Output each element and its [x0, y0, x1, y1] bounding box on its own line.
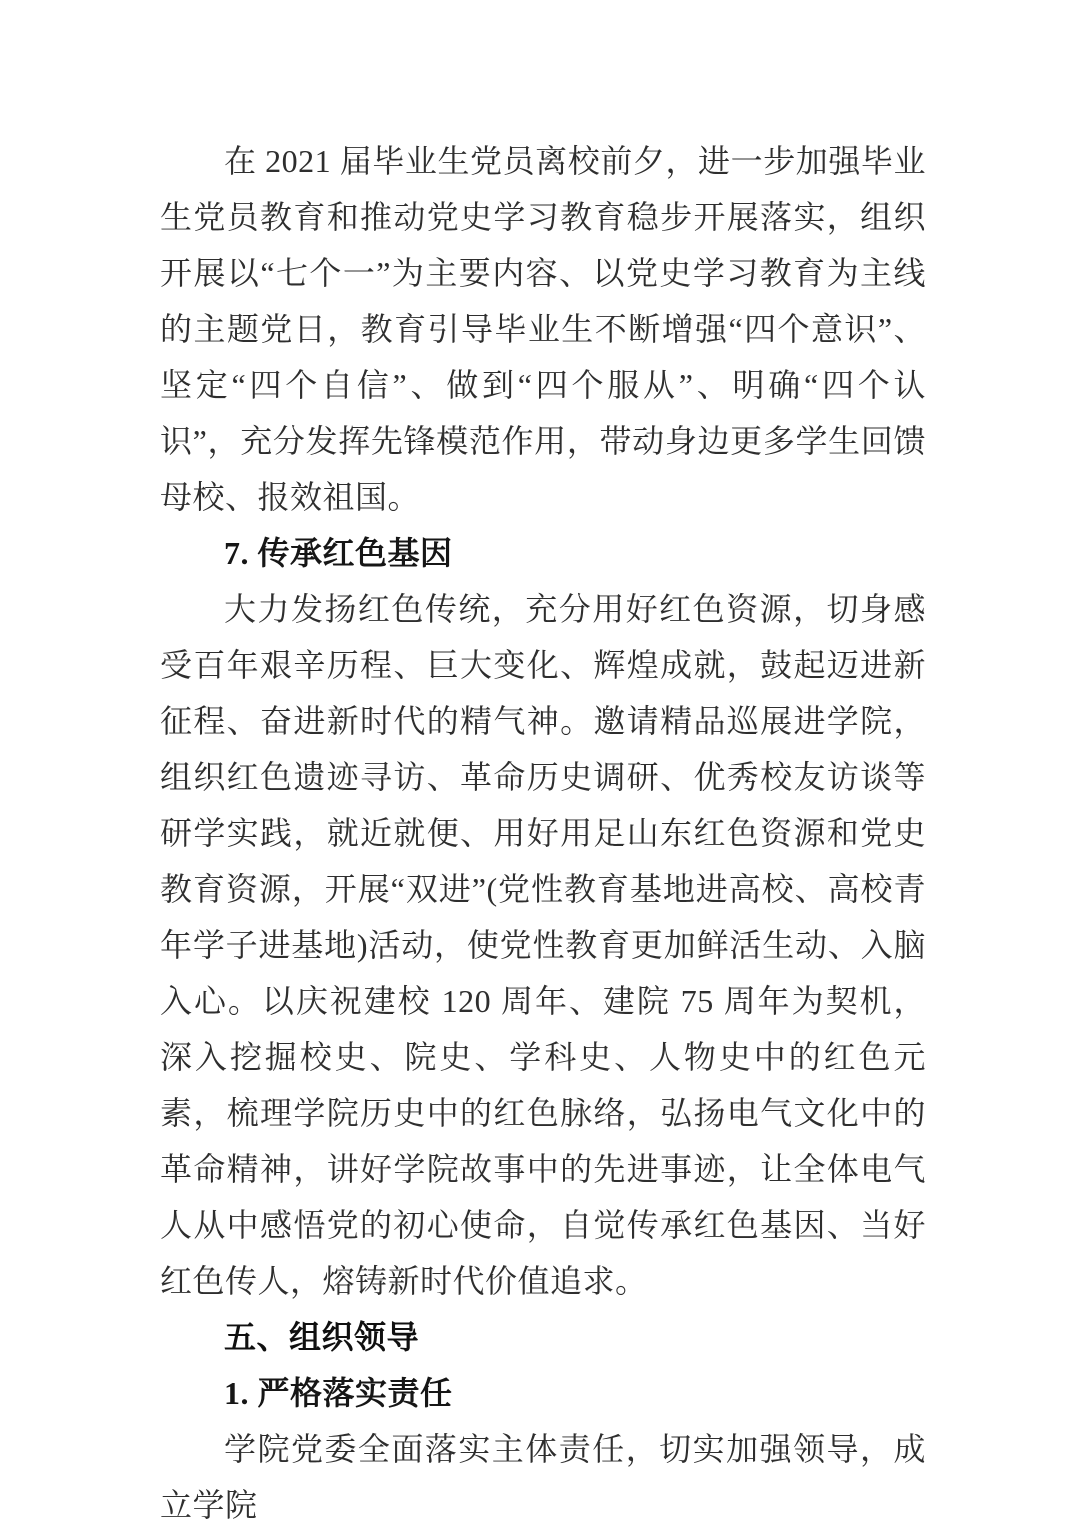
paragraph-red-gene-content: 大力发扬红色传统，充分用好红色资源，切身感受百年艰辛历程、巨大变化、辉煌成就，鼓…	[160, 581, 926, 1309]
document-page: 在 2021 届毕业生党员离校前夕，进一步加强毕业生党员教育和推动党史学习教育稳…	[0, 0, 1080, 1528]
heading-organization-leadership: 五、组织领导	[160, 1309, 926, 1365]
paragraph-college-committee: 学院党委全面落实主体责任，切实加强领导，成立学院	[160, 1421, 926, 1528]
paragraph-graduate-party-members: 在 2021 届毕业生党员离校前夕，进一步加强毕业生党员教育和推动党史学习教育稳…	[160, 133, 926, 525]
subheading-strict-responsibility: 1. 严格落实责任	[160, 1365, 926, 1421]
document-body: 在 2021 届毕业生党员离校前夕，进一步加强毕业生党员教育和推动党史学习教育稳…	[160, 133, 926, 1528]
subheading-inherit-red-gene: 7. 传承红色基因	[160, 525, 926, 581]
